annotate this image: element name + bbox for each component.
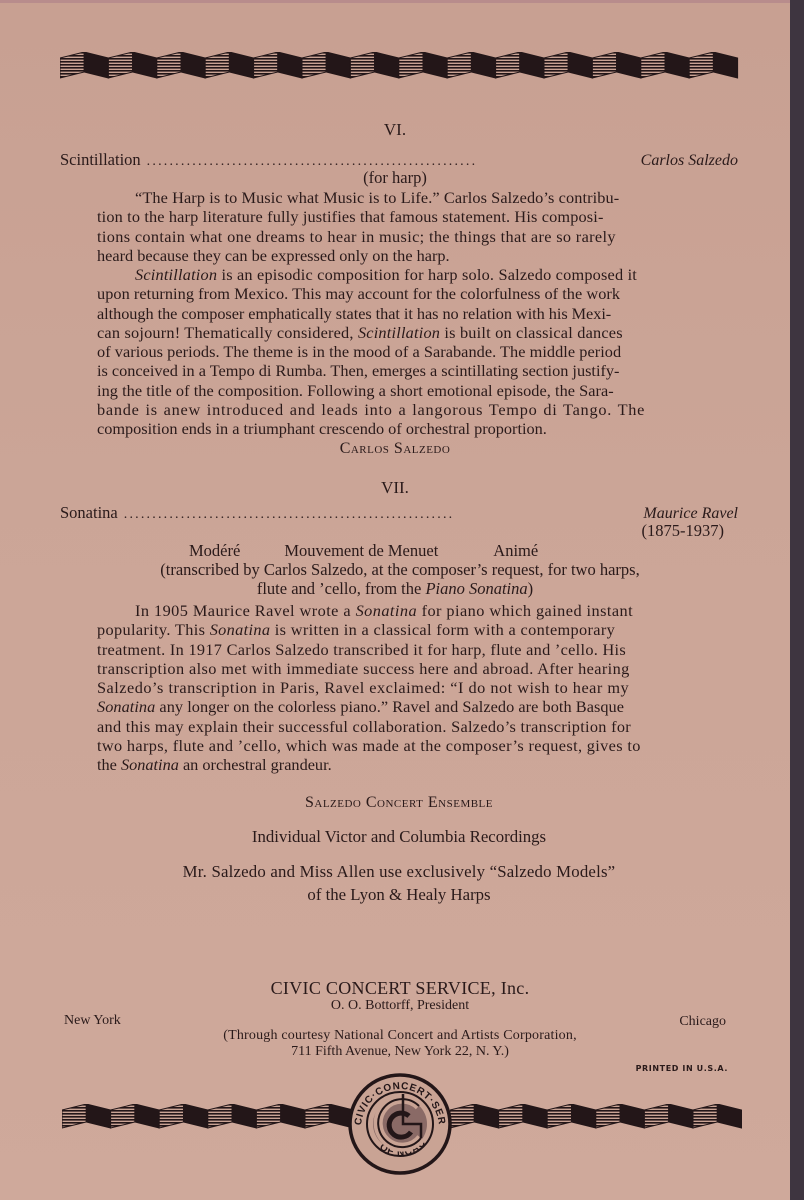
civic-concert-service-seal-icon: CIVIC·CONCERT·SERVICE·INC OF NCAC: [347, 1072, 453, 1176]
italic-title: Sonatina: [121, 755, 179, 774]
printed-in-usa: PRINTED IN U.S.A.: [636, 1064, 728, 1073]
note-text: is written in a classical form with a co…: [270, 620, 615, 639]
harps-note-line-1: Mr. Salzedo and Miss Allen use exclusive…: [0, 862, 798, 882]
section-numeral-vi: VI.: [0, 120, 790, 140]
top-zigzag-border-icon: [60, 52, 740, 86]
italic-title: Piano Sonatina: [425, 579, 527, 598]
note-text: the: [97, 755, 121, 774]
note-line: “The Harp is to Music what Music is to L…: [97, 188, 737, 207]
note-text: is built on classical dances: [440, 323, 623, 342]
note-line: Salzedo’s transcription in Paris, Ravel …: [97, 678, 737, 697]
courtesy-line-1: (Through courtesy National Concert and A…: [0, 1028, 800, 1044]
note-line: bande is anew introduced and leads into …: [97, 400, 737, 419]
note-line: ing the title of the composition. Follow…: [97, 381, 737, 400]
note-line: transcription also met with immediate su…: [97, 659, 737, 678]
program-note-sonatina: In 1905 Maurice Ravel wrote a Sonatina f…: [97, 601, 737, 775]
city-left: New York: [64, 1013, 121, 1029]
composer-dates: (1875-1937): [642, 521, 724, 541]
instrumentation: (for harp): [0, 168, 790, 188]
note-line: treatment. In 1917 Carlos Salzedo transc…: [97, 640, 737, 659]
movement-list: Modéré Mouvement de Menuet Animé: [189, 541, 538, 561]
program-page: VI. Scintillation ......................…: [0, 0, 790, 1200]
note-line: of various periods. The theme is in the …: [97, 342, 737, 361]
italic-title: Scintillation: [135, 265, 217, 284]
piece-title-sonatina: Sonatina ...............................…: [60, 503, 738, 523]
movement-1: Modéré: [189, 541, 240, 561]
note-line: two harps, flute and ’cello, which was m…: [97, 736, 737, 755]
note-text: In 1905 Maurice Ravel wrote a: [135, 601, 356, 620]
italic-title: Sonatina: [356, 601, 418, 620]
movement-2: Mouvement de Menuet: [284, 541, 438, 561]
program-note-scintillation-1: “The Harp is to Music what Music is to L…: [97, 188, 737, 265]
note-line: tion to the harp literature fully justif…: [97, 207, 737, 226]
note-text: an orchestral grandeur.: [179, 755, 332, 774]
note-line: upon returning from Mexico. This may acc…: [97, 284, 737, 303]
bottom-right-zigzag-border-icon: [450, 1104, 742, 1136]
note-line: composition ends in a triumphant crescen…: [97, 419, 737, 438]
piece-title-scintillation: Scintillation ..........................…: [60, 150, 738, 170]
program-note-scintillation-2: Scintillation is an episodic composition…: [97, 265, 737, 439]
note-text: ): [528, 579, 534, 598]
courtesy-line-2: 711 Fifth Avenue, New York 22, N. Y.): [0, 1044, 800, 1060]
scanner-edge: [790, 0, 804, 1200]
piece-title: Scintillation: [60, 150, 141, 170]
note-text: can sojourn! Thematically considered,: [97, 323, 358, 342]
note-line: and this may explain their successful co…: [97, 717, 737, 736]
note-text: for piano which gained instant: [417, 601, 633, 620]
company-president: O. O. Bottorff, President: [0, 998, 800, 1014]
signature: Carlos Salzedo: [0, 440, 790, 458]
italic-title: Sonatina: [97, 697, 155, 716]
company-name: CIVIC CONCERT SERVICE, Inc.: [0, 978, 800, 999]
bottom-left-zigzag-border-icon: [62, 1104, 354, 1136]
piece-title: Sonatina: [60, 503, 118, 523]
recordings-note: Individual Victor and Columbia Recording…: [0, 827, 798, 847]
note-text: popularity. This: [97, 620, 210, 639]
page-top-edge: [0, 0, 790, 3]
movement-3: Animé: [493, 541, 538, 561]
transcription-note-line-1: (transcribed by Carlos Salzedo, at the c…: [0, 560, 800, 580]
italic-title: Scintillation: [358, 323, 440, 342]
note-text: flute and ’cello, from the: [257, 579, 426, 598]
note-line: although the composer emphatically state…: [97, 304, 737, 323]
italic-title: Sonatina: [210, 620, 271, 639]
section-numeral-vii: VII.: [0, 478, 790, 498]
note-line: is conceived in a Tempo di Rumba. Then, …: [97, 361, 737, 380]
note-line: tions contain what one dreams to hear in…: [97, 227, 737, 246]
harps-note-line-2: of the Lyon & Healy Harps: [0, 885, 798, 905]
note-text: any longer on the colorless piano.” Rave…: [155, 697, 624, 716]
leader-dots: ........................................…: [118, 507, 644, 523]
note-text: is an episodic composition for harp solo…: [217, 265, 637, 284]
ensemble-name: Salzedo Concert Ensemble: [0, 794, 798, 812]
transcription-note-line-2: flute and ’cello, from the Piano Sonatin…: [0, 579, 790, 599]
note-line: heard because they can be expressed only…: [97, 246, 737, 265]
